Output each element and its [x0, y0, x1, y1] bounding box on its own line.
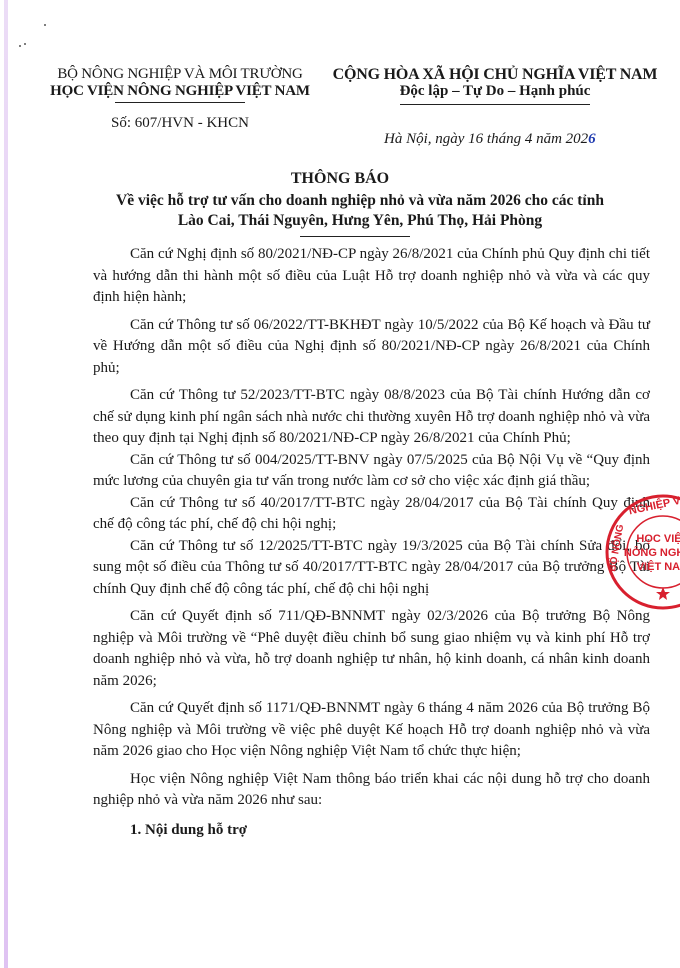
legal-basis-paragraph: Căn cứ Thông tư 52/2023/TT-BTC ngày 08/8… — [93, 385, 650, 450]
legal-basis-paragraph: Căn cứ Thông tư số 004/2025/TT-BNV ngày … — [93, 450, 650, 493]
ministry-name: BỘ NÔNG NGHIỆP VÀ MÔI TRƯỜNG — [40, 66, 320, 83]
national-header: CỘNG HÒA XÃ HỘI CHỦ NGHĨA VIỆT NAM Độc l… — [315, 66, 675, 105]
scan-speck — [24, 43, 26, 45]
divider — [300, 236, 410, 237]
institute-name: HỌC VIỆN NÔNG NGHIỆP VIỆT NAM — [40, 83, 320, 100]
national-motto: Độc lập – Tự Do – Hạnh phúc — [315, 83, 675, 100]
announcement-paragraph: Học viện Nông nghiệp Việt Nam thông báo … — [93, 769, 650, 812]
subtitle-line-2: Lào Cai, Thái Nguyên, Hưng Yên, Phú Thọ,… — [60, 211, 660, 231]
document-body: Căn cứ Nghị định số 80/2021/NĐ-CP ngày 2… — [93, 244, 650, 847]
divider — [400, 104, 590, 105]
legal-basis-paragraph: Căn cứ Thông tư số 06/2022/TT-BKHĐT ngày… — [93, 315, 650, 380]
date-handwritten-digit: 6 — [588, 131, 596, 147]
legal-basis-paragraph: Căn cứ Quyết định số 711/QĐ-BNNMT ngày 0… — [93, 606, 650, 692]
document-date: Hà Nội, ngày 16 tháng 4 năm 2026 — [384, 131, 596, 148]
subtitle-line-1: Về việc hỗ trợ tư vấn cho doanh nghiệp n… — [60, 191, 660, 211]
svg-text:NÔNG NGHIỆP: NÔNG NGHIỆP — [624, 546, 680, 559]
legal-basis-paragraph: Căn cứ Nghị định số 80/2021/NĐ-CP ngày 2… — [93, 244, 650, 309]
divider — [115, 102, 245, 103]
legal-basis-paragraph: Căn cứ Quyết định số 1171/QĐ-BNNMT ngày … — [93, 698, 650, 763]
document-number: Số: 607/HVN - KHCN — [40, 115, 320, 132]
scan-edge — [4, 0, 8, 968]
official-seal-icon: NGHIỆP VÀ BỘ NÔNG HỌC VIỆN NÔNG NGHIỆP V… — [601, 490, 680, 610]
document-title: THÔNG BÁO — [0, 170, 680, 188]
document-subtitle: Về việc hỗ trợ tư vấn cho doanh nghiệp n… — [60, 191, 660, 231]
section-heading: 1. Nội dung hỗ trợ — [93, 820, 650, 842]
legal-basis-paragraph: Căn cứ Thông tư số 40/2017/TT-BTC ngày 2… — [93, 493, 650, 536]
legal-basis-paragraph: Căn cứ Thông tư số 12/2025/TT-BTC ngày 1… — [93, 536, 650, 601]
scan-speck — [19, 45, 21, 47]
svg-text:HỌC VIỆN: HỌC VIỆN — [636, 532, 680, 545]
scan-speck — [44, 24, 46, 26]
date-printed: Hà Nội, ngày 16 tháng 4 năm 202 — [384, 131, 588, 147]
issuer-block: BỘ NÔNG NGHIỆP VÀ MÔI TRƯỜNG HỌC VIỆN NÔ… — [40, 66, 320, 103]
republic-name: CỘNG HÒA XÃ HỘI CHỦ NGHĨA VIỆT NAM — [315, 66, 675, 83]
svg-text:VIỆT NAM: VIỆT NAM — [637, 560, 680, 573]
